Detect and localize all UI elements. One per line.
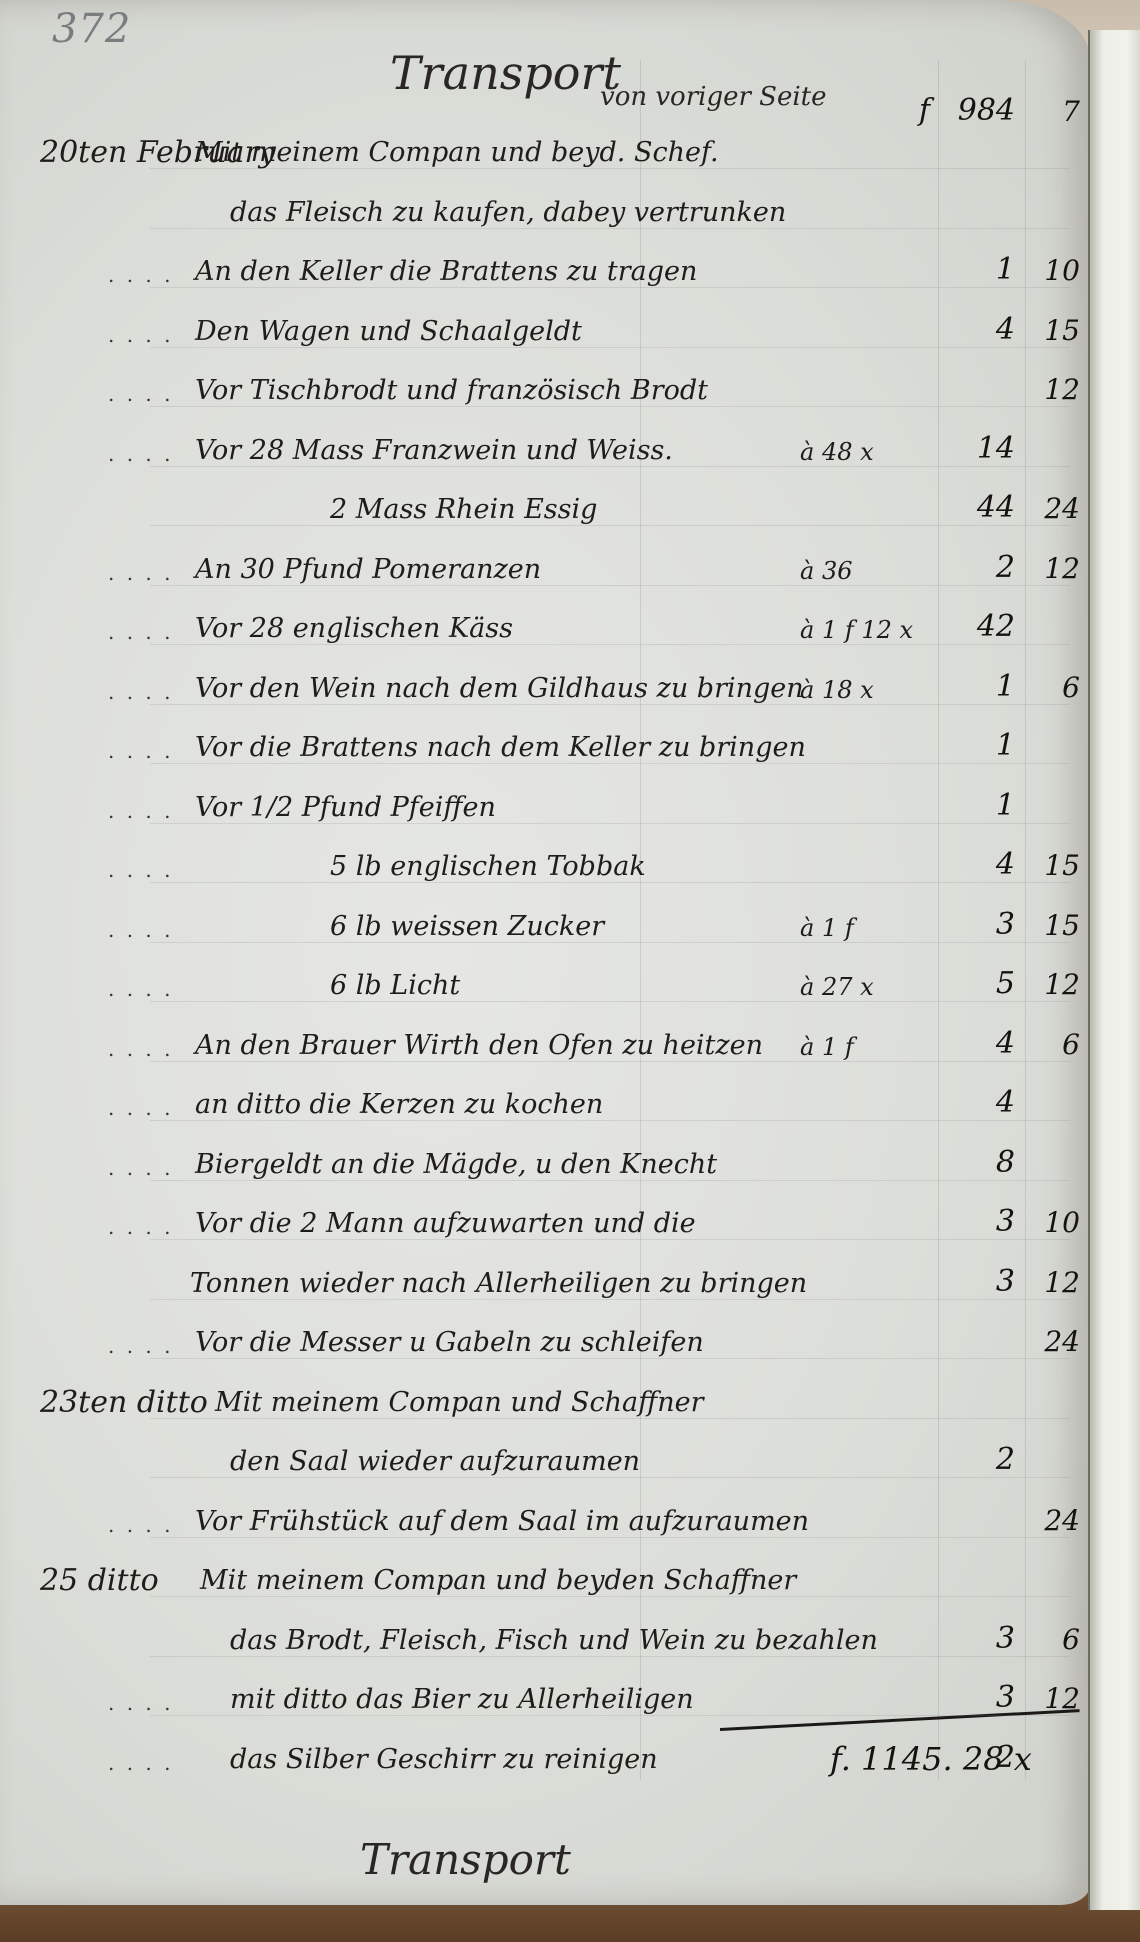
entry-description: Mit meinem Compan und Schaffner: [215, 1387, 704, 1418]
entry-kreuzer: 6: [1025, 671, 1080, 704]
ruled-line: [150, 1299, 1070, 1300]
ruled-line: [150, 1477, 1070, 1478]
ruled-line: [150, 1596, 1070, 1597]
entry-description: Vor die Messer u Gabeln zu schleifen: [195, 1327, 704, 1358]
entry-florins: 42: [945, 609, 1015, 644]
entry-description: Mit meinem Compan und beyd. Schef.: [195, 137, 719, 168]
entry-kreuzer: 15: [1025, 849, 1080, 882]
ditto-marks: . . . .: [108, 977, 174, 1001]
entry-description: 5 lb englischen Tobbak: [330, 851, 646, 882]
ruled-line: [150, 1239, 1070, 1240]
footer-transport: Transport: [360, 1835, 571, 1884]
entry-florins: 2: [945, 550, 1015, 585]
entry-description: Mit meinem Compan und beyden Schaffner: [200, 1565, 796, 1596]
entry-kreuzer: 15: [1025, 909, 1080, 942]
entry-description: 2 Mass Rhein Essig: [330, 494, 597, 525]
ditto-marks: . . . .: [108, 263, 174, 287]
entry-description: das Fleisch zu kaufen, dabey vertrunken: [230, 197, 786, 228]
entry-description: An den Brauer Wirth den Ofen zu heitzen: [195, 1030, 763, 1061]
entry-kreuzer: 15: [1025, 314, 1080, 347]
ditto-marks: . . . .: [108, 561, 174, 585]
page-number: 372: [52, 6, 131, 52]
ruled-line: [150, 1120, 1070, 1121]
entry-description: Vor die Brattens nach dem Keller zu brin…: [195, 732, 806, 763]
entry-florins: 3: [945, 1264, 1015, 1299]
entry-description: Vor den Wein nach dem Gildhaus zu bringe…: [195, 673, 804, 704]
entry-florins: 1: [945, 788, 1015, 823]
ruled-line: [150, 1358, 1070, 1359]
entry-florins: 2: [945, 1442, 1015, 1477]
ditto-marks: . . . .: [108, 1096, 174, 1120]
entry-florins: 14: [945, 431, 1015, 466]
entry-unit-rate: à 27 x: [800, 973, 874, 1001]
entry-florins: 44: [945, 490, 1015, 525]
ruled-line: [150, 763, 1070, 764]
entry-description: Vor Tischbrodt und französisch Brodt: [195, 375, 708, 406]
entry-florins: 1: [945, 252, 1015, 287]
ditto-marks: . . . .: [108, 1513, 174, 1537]
ruled-line: [150, 287, 1070, 288]
entry-unit-rate: à 1 f: [800, 914, 854, 942]
entry-description: Vor 28 Mass Franzwein und Weiss.: [195, 435, 673, 466]
ditto-marks: . . . .: [108, 680, 174, 704]
entry-unit-rate: à 1 f 12 x: [800, 616, 913, 644]
entry-description: Tonnen wieder nach Allerheiligen zu brin…: [190, 1268, 807, 1299]
entry-kreuzer: 10: [1025, 254, 1080, 287]
ruled-line: [150, 823, 1070, 824]
entry-description: Den Wagen und Schaalgeldt: [195, 316, 582, 347]
entry-unit-rate: à 1 f: [800, 1033, 854, 1061]
ruled-line: [150, 406, 1070, 407]
entry-florins: 3: [945, 1621, 1015, 1656]
ledger-page: 372 Transport von voriger Seite f 984 7 …: [0, 0, 1090, 1905]
entry-description: das Silber Geschirr zu reinigen: [230, 1744, 658, 1775]
entry-description: Vor 28 englischen Käss: [195, 613, 513, 644]
ruled-line: [150, 228, 1070, 229]
ditto-marks: . . . .: [108, 1691, 174, 1715]
ditto-marks: . . . .: [108, 1751, 174, 1775]
entry-description: 6 lb Licht: [330, 970, 460, 1001]
entry-description: Vor 1/2 Pfund Pfeiffen: [195, 792, 496, 823]
entry-florins: 5: [945, 966, 1015, 1001]
entry-kreuzer: 12: [1025, 968, 1080, 1001]
entry-florins: 4: [945, 1026, 1015, 1061]
ditto-marks: . . . .: [108, 858, 174, 882]
entry-description: den Saal wieder aufzuraumen: [230, 1446, 640, 1477]
ditto-marks: . . . .: [108, 442, 174, 466]
ruled-line: [150, 1656, 1070, 1657]
ruled-line: [150, 704, 1070, 705]
entry-kreuzer: 10: [1025, 1206, 1080, 1239]
ruled-line: [150, 1180, 1070, 1181]
entry-florins: 1: [945, 728, 1015, 763]
entry-kreuzer: 12: [1025, 373, 1080, 406]
ruled-line: [150, 882, 1070, 883]
entry-kreuzer: 24: [1025, 1325, 1080, 1358]
entry-unit-rate: à 48 x: [800, 438, 874, 466]
entry-kreuzer: 24: [1025, 1504, 1080, 1537]
entry-description: das Brodt, Fleisch, Fisch und Wein zu be…: [230, 1625, 878, 1656]
next-page-edge: [1088, 30, 1140, 1910]
ditto-marks: . . . .: [108, 1215, 174, 1239]
entry-florins: 4: [945, 847, 1015, 882]
entry-kreuzer: 6: [1025, 1623, 1080, 1656]
entry-florins: 4: [945, 1085, 1015, 1120]
ruled-line: [150, 942, 1070, 943]
ruled-line: [150, 644, 1070, 645]
entry-description: Vor Frühstück auf dem Saal im aufzuraume…: [195, 1506, 809, 1537]
entry-florins: 3: [945, 907, 1015, 942]
entry-description: an ditto die Kerzen zu kochen: [195, 1089, 603, 1120]
ditto-marks: . . . .: [108, 918, 174, 942]
entry-unit-rate: à 36: [800, 557, 852, 585]
page-total: f. 1145. 28 x: [830, 1740, 1032, 1778]
entry-florins: 4: [945, 312, 1015, 347]
entry-florins: 3: [945, 1204, 1015, 1239]
ruled-line: [150, 1537, 1070, 1538]
entry-description: 6 lb weissen Zucker: [330, 911, 604, 942]
entry-kreuzer: 24: [1025, 492, 1080, 525]
entry-date: 25 ditto: [40, 1563, 159, 1598]
ruled-line: [150, 1001, 1070, 1002]
entry-unit-rate: à 18 x: [800, 676, 874, 704]
entry-description: An den Keller die Brattens zu tragen: [195, 256, 697, 287]
ruled-line: [150, 466, 1070, 467]
ditto-marks: . . . .: [108, 620, 174, 644]
ditto-marks: . . . .: [108, 1156, 174, 1180]
entry-kreuzer: 12: [1025, 1266, 1080, 1299]
entry-florins: 3: [945, 1680, 1015, 1715]
entry-florins: 1: [945, 669, 1015, 704]
ruled-line: [150, 1061, 1070, 1062]
entry-description: Vor die 2 Mann aufzuwarten und die: [195, 1208, 696, 1239]
ditto-marks: . . . .: [108, 1037, 174, 1061]
ruled-line: [150, 168, 1070, 169]
entry-description: Biergeldt an die Mägde, u den Knecht: [195, 1149, 717, 1180]
entry-kreuzer: 6: [1025, 1028, 1080, 1061]
ditto-marks: . . . .: [108, 1334, 174, 1358]
entry-kreuzer: 12: [1025, 552, 1080, 585]
ditto-marks: . . . .: [108, 382, 174, 406]
entry-description: An 30 Pfund Pomeranzen: [195, 554, 541, 585]
ruled-line: [150, 347, 1070, 348]
entry-florins: 8: [945, 1145, 1015, 1180]
ditto-marks: . . . .: [108, 323, 174, 347]
ruled-line: [150, 525, 1070, 526]
ruled-line: [150, 1418, 1070, 1419]
entry-description: mit ditto das Bier zu Allerheiligen: [230, 1684, 694, 1715]
ruled-line: [150, 585, 1070, 586]
ruled-line: [150, 1715, 1070, 1716]
ditto-marks: . . . .: [108, 739, 174, 763]
entry-date: 23ten ditto: [40, 1385, 208, 1420]
ditto-marks: . . . .: [108, 799, 174, 823]
